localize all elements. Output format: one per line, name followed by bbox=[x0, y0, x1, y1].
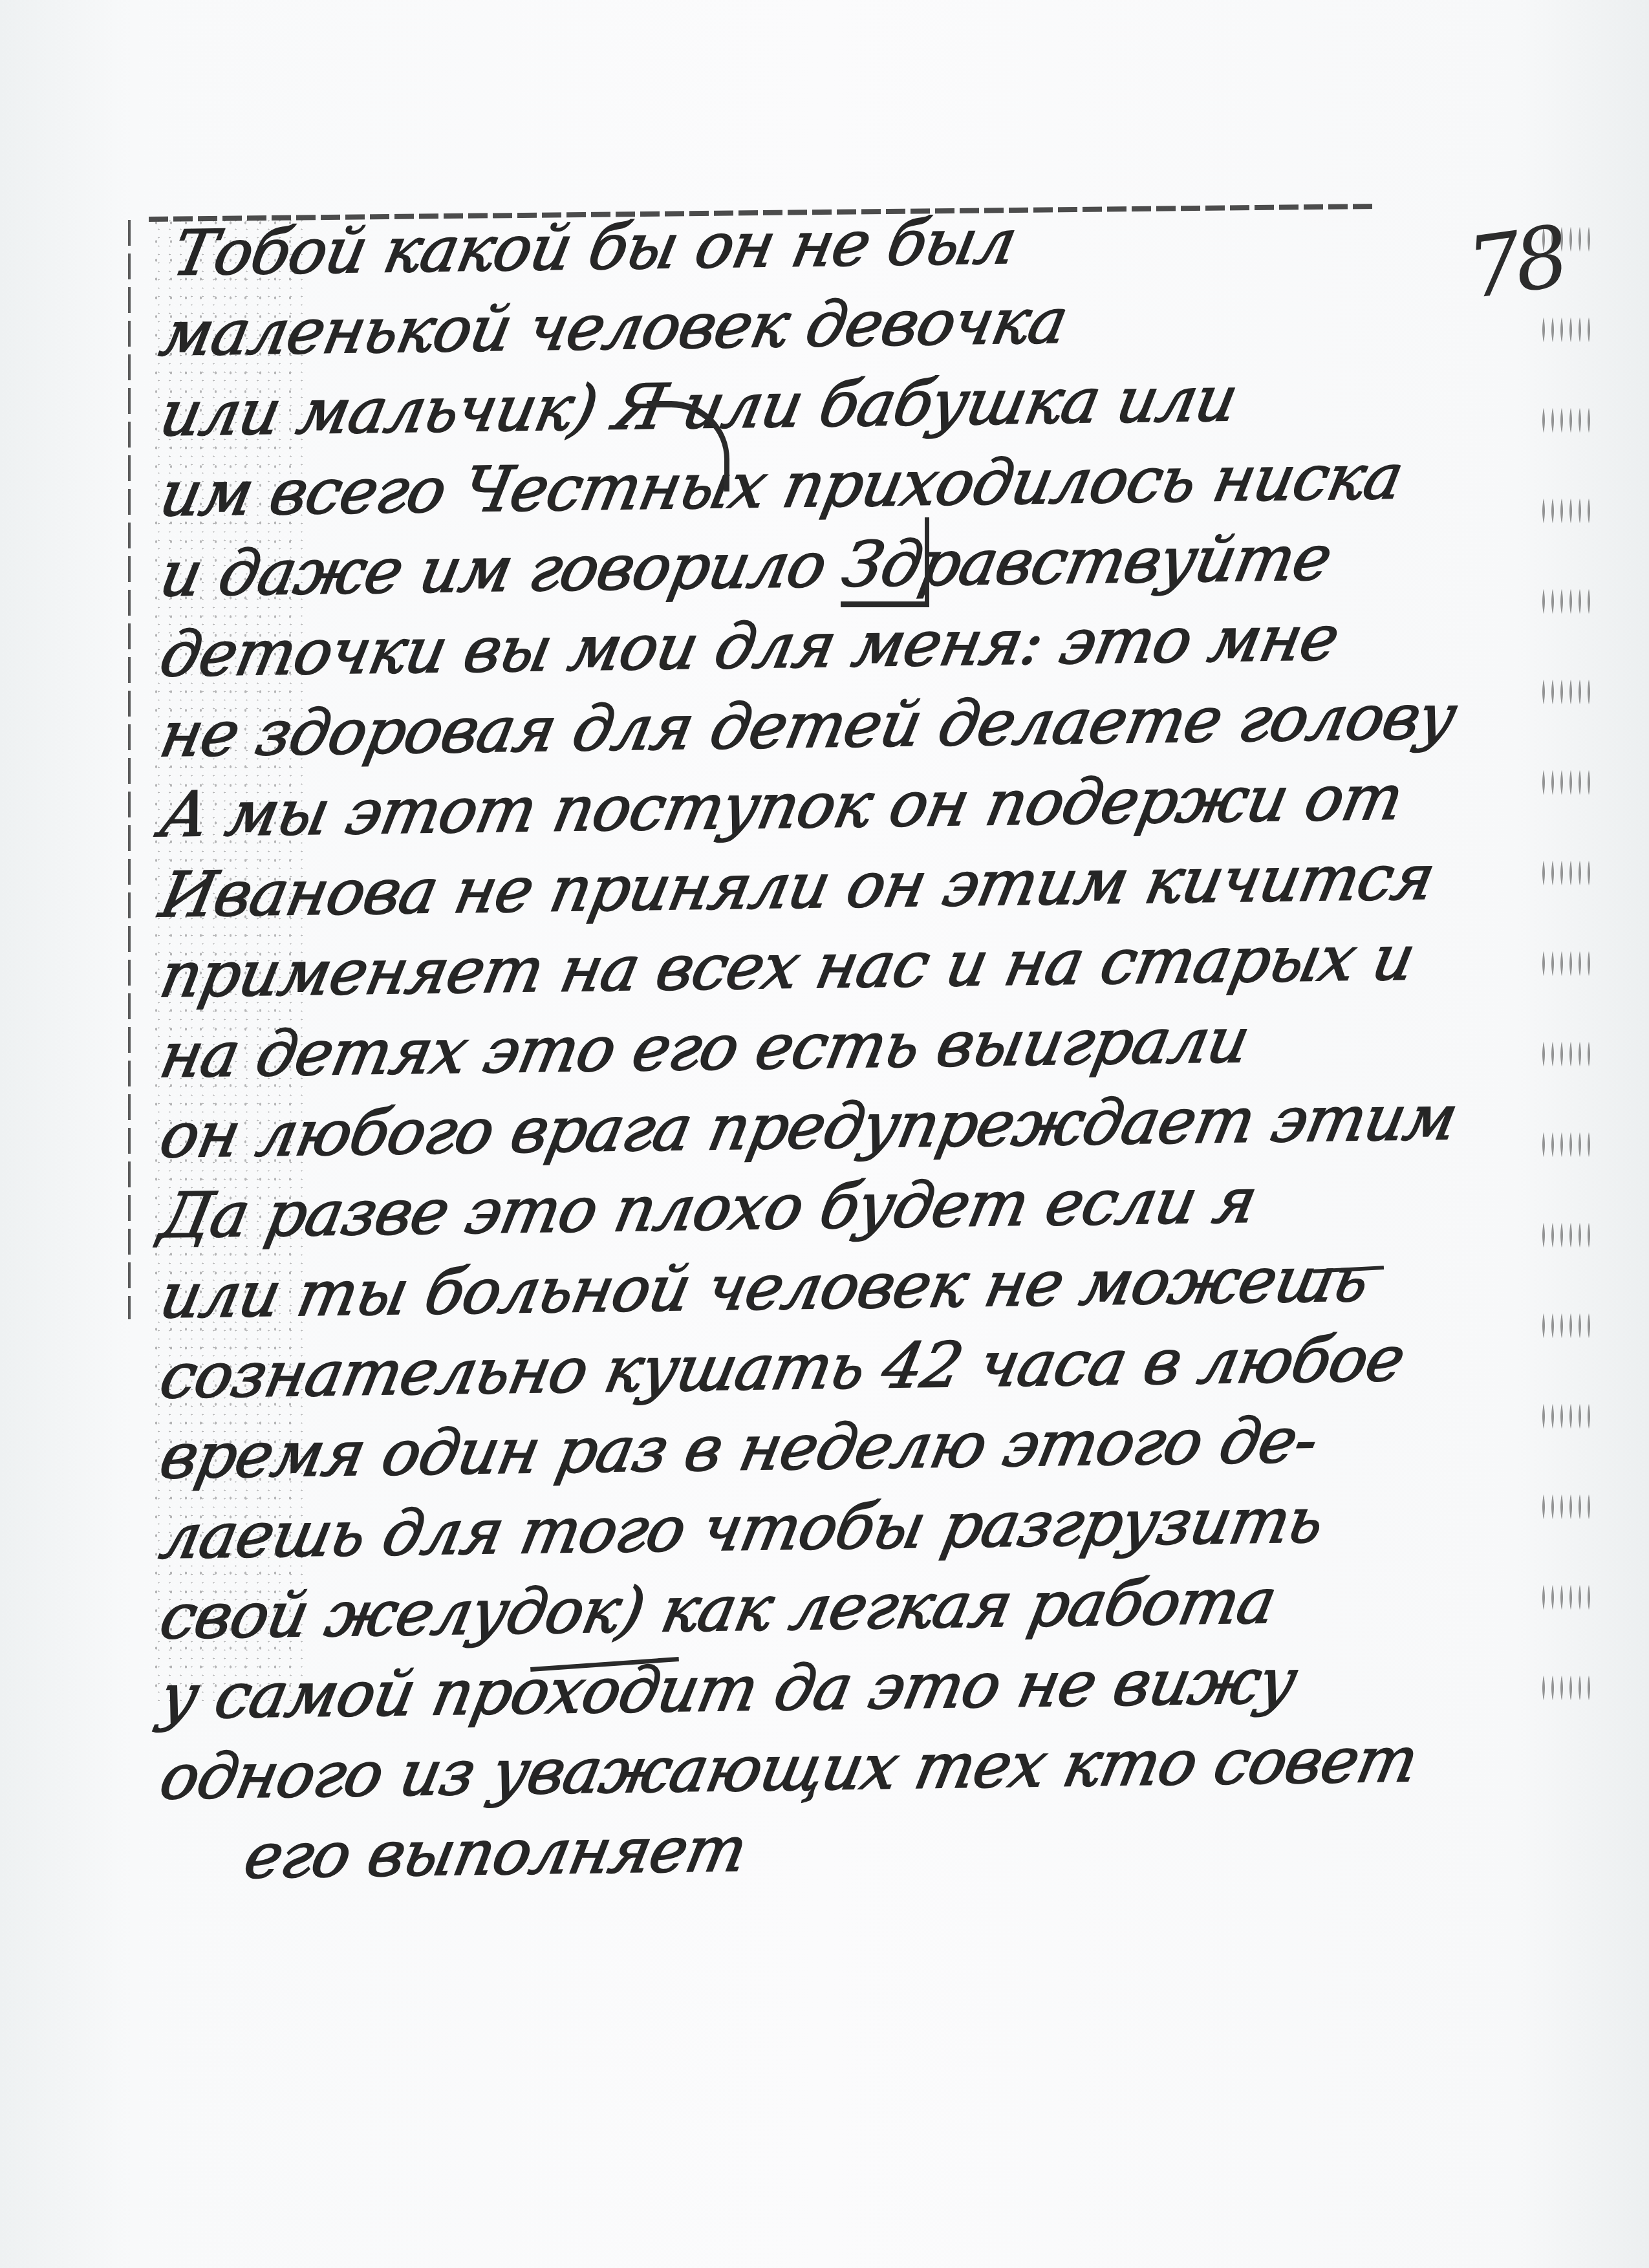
insertion-box-mark bbox=[841, 517, 929, 607]
photocopy-edge-dots bbox=[1539, 194, 1591, 1746]
manuscript-text: Тобой какой бы он не был маленькой челов… bbox=[162, 213, 1520, 1897]
left-margin-line bbox=[128, 220, 131, 1319]
